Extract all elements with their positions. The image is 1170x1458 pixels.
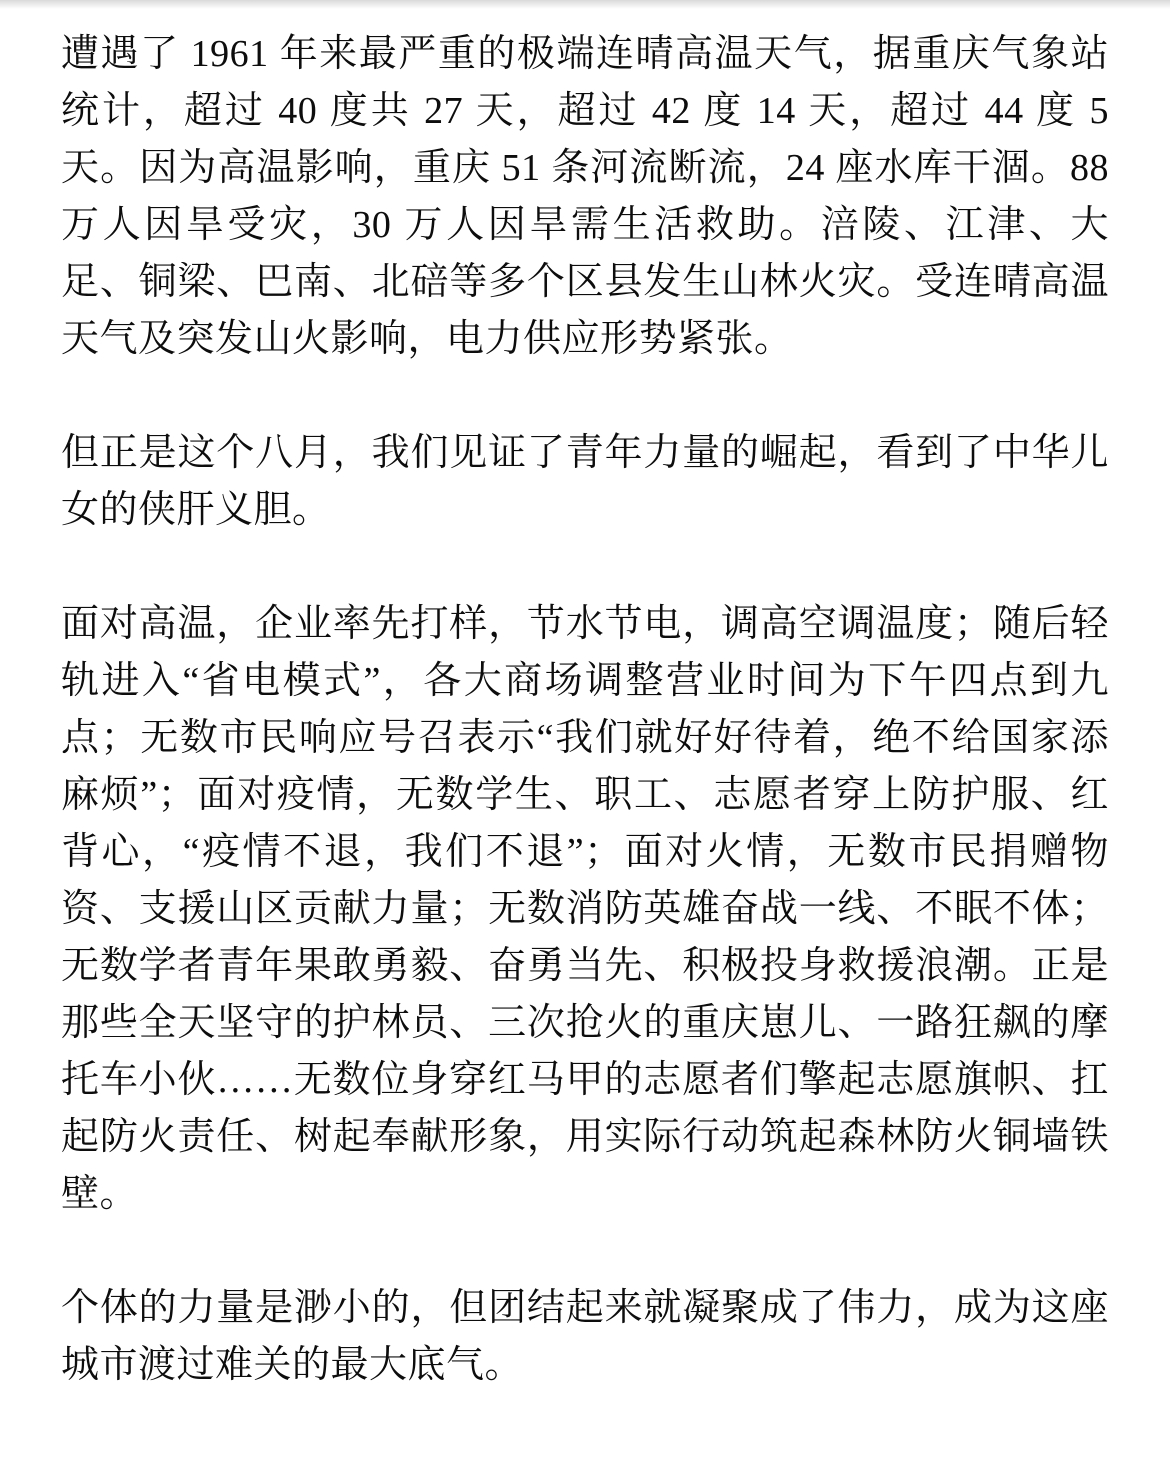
- paragraph-conclusion: 个体的力量是渺小的，但团结起来就凝聚成了伟力，成为这座城市渡过难关的最大底气。: [61, 1280, 1109, 1394]
- paragraph-heatwave-stats: 遭遇了 1961 年来最严重的极端连晴高温天气，据重庆气象站统计，超过 40 度…: [61, 26, 1109, 368]
- paragraph-response-efforts: 面对高温，企业率先打样，节水节电，调高空调温度；随后轻轨进入“省电模式”，各大商…: [61, 596, 1109, 1223]
- document-page: 遭遇了 1961 年来最严重的极端连晴高温天气，据重庆气象站统计，超过 40 度…: [0, 0, 1170, 1394]
- paragraph-youth-rise: 但正是这个八月，我们见证了青年力量的崛起，看到了中华儿女的侠肝义胆。: [61, 425, 1109, 539]
